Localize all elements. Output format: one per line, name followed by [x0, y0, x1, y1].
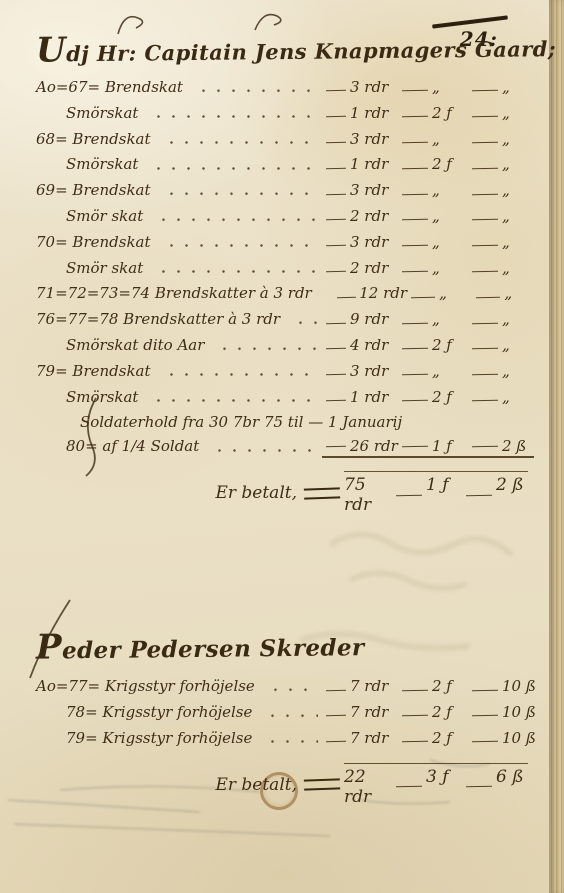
row-label: 70= Brendskat [36, 233, 156, 251]
dash-stroke [402, 90, 428, 92]
amount-ort: „ [432, 78, 468, 96]
dotted-leader [160, 187, 318, 201]
dash-stroke [396, 494, 422, 496]
amount-skilling: 10 ß [502, 729, 534, 747]
dotted-leader [152, 265, 318, 279]
amount-rigsdaler: 7 rdr [350, 729, 398, 747]
row-label: Smör skat [66, 207, 148, 225]
amount-rigsdaler: 3 rdr [350, 130, 398, 148]
amount-skilling: 6 ß [496, 767, 528, 787]
dash-stroke [472, 271, 498, 273]
dotted-leader [152, 213, 318, 227]
dash-stroke [402, 116, 428, 118]
dash-stroke [476, 297, 500, 299]
amount-skilling: „ [502, 104, 534, 122]
dash-stroke [326, 374, 346, 375]
section-peder-pedersen: Peder Pedersen Skreder Ao=77= Krigsstyr … [36, 625, 534, 806]
ledger-content: Udj Hr: Capitain Jens Knapmagers Gaard; … [36, 22, 534, 807]
amount-ort: 1 ƒ [432, 437, 468, 455]
ledger-row: 76=77=78 Brendskatter à 3 rdr 9 rdr „ „ [36, 310, 534, 336]
dash-stroke [326, 400, 346, 401]
dash-stroke [396, 786, 422, 788]
ledger-row: Smör skat 2 rdr „ „ [36, 207, 534, 233]
dotted-leader [147, 162, 318, 176]
dotted-leader [147, 110, 318, 124]
dash-stroke [472, 400, 498, 402]
total-row: Er betalt, 22 rdr 3 ƒ 6 ß [36, 763, 528, 807]
dash-stroke [402, 142, 428, 144]
amount-ort: 2 ƒ [432, 155, 468, 173]
amount-ort: „ [432, 130, 468, 148]
dash-stroke [472, 374, 498, 376]
amount-rigsdaler: 7 rdr [350, 677, 398, 695]
amount-rigsdaler: 9 rdr [350, 310, 398, 328]
amount-rigsdaler: 3 rdr [350, 181, 398, 199]
sum-underline-group: 26 rdr 1 ƒ 2 ß [322, 437, 534, 458]
dash-stroke [472, 689, 498, 691]
row-label: Smörskat [66, 155, 143, 173]
dotted-leader [261, 735, 318, 749]
ledger-row: 78= Krigsstyr forhöjelse 7 rdr 2 ƒ 10 ß [36, 703, 534, 729]
dash-stroke [402, 348, 428, 350]
total-amounts: 75 rdr 1 ƒ 2 ß [344, 471, 528, 515]
ledger-row: 71=72=73=74 Brendskatter à 3 rdr 12 rdr … [36, 284, 534, 310]
row-label: 79= Brendskat [36, 362, 156, 380]
amount-rigsdaler: 2 rdr [350, 259, 398, 277]
dash-stroke [472, 193, 498, 195]
dash-stroke [402, 715, 428, 717]
dash-stroke [326, 322, 346, 323]
dash-stroke [402, 219, 428, 221]
dotted-leader [321, 291, 329, 305]
dash-stroke [472, 348, 498, 350]
total-amounts: 22 rdr 3 ƒ 6 ß [344, 763, 528, 807]
dash-stroke [402, 400, 428, 402]
dotted-leader [208, 444, 318, 458]
amount-skilling: „ [502, 207, 534, 225]
dash-stroke [326, 446, 346, 447]
amount-skilling: „ [502, 155, 534, 173]
dash-stroke [402, 374, 428, 376]
amount-skilling: „ [502, 336, 534, 354]
dash-stroke [326, 689, 346, 690]
dash-stroke [472, 715, 498, 717]
dash-stroke [326, 142, 346, 143]
amount-skilling: „ [502, 388, 534, 406]
ledger-row: Ao=77= Krigsstyr forhöjelse 7 rdr 2 ƒ 10… [36, 677, 534, 703]
row-label: 68= Brendskat [36, 130, 156, 148]
amount-ort: 2 ƒ [432, 677, 468, 695]
dash-stroke [411, 297, 435, 299]
amount-rigsdaler: 1 rdr [350, 388, 398, 406]
dash-stroke [326, 168, 346, 169]
dash-stroke [402, 168, 428, 170]
dotted-leader [160, 239, 318, 253]
amount-skilling: „ [502, 310, 534, 328]
dash-stroke [326, 271, 346, 272]
amount-ort: 1 ƒ [426, 475, 462, 495]
amount-rigsdaler: 2 rdr [350, 207, 398, 225]
dash-stroke [466, 494, 492, 496]
dotted-leader [264, 683, 318, 697]
row-label: Smör skat [66, 259, 148, 277]
dash-stroke [472, 245, 498, 247]
dash-stroke [466, 786, 492, 788]
amount-ort: 2 ƒ [432, 729, 468, 747]
ledger-row: 68= Brendskat 3 rdr „ „ [36, 130, 534, 156]
equals-stroke [304, 487, 340, 499]
dash-stroke [326, 715, 346, 716]
row-label: 69= Brendskat [36, 181, 156, 199]
ledger-rows: Ao=77= Krigsstyr forhöjelse 7 rdr 2 ƒ 10… [36, 677, 534, 754]
amount-rigsdaler: 3 rdr [350, 233, 398, 251]
row-label: Smörskat [66, 388, 143, 406]
dash-stroke [337, 297, 356, 298]
ledger-row: Smörskat 1 rdr 2 ƒ „ [36, 155, 534, 181]
dash-stroke [402, 271, 428, 273]
dash-stroke [326, 741, 346, 742]
dash-stroke [472, 446, 498, 448]
amount-skilling: „ [502, 181, 534, 199]
amount-skilling: „ [502, 233, 534, 251]
dash-stroke [472, 90, 498, 92]
dash-stroke [472, 219, 498, 221]
ledger-row: Smörskat dito Aar 4 rdr 2 ƒ „ [36, 336, 534, 362]
amount-ort: „ [439, 284, 472, 302]
amount-skilling: 2 ß [496, 475, 528, 495]
dash-stroke [472, 116, 498, 118]
dash-stroke [402, 322, 428, 324]
blank-gap [36, 515, 534, 619]
dash-stroke [326, 116, 346, 117]
dash-stroke [402, 245, 428, 247]
row-label: Smörskat [66, 104, 143, 122]
ledger-row: Smörskat 1 rdr 2 ƒ „ [36, 104, 534, 130]
dash-stroke [472, 142, 498, 144]
amount-rigsdaler: 7 rdr [350, 703, 398, 721]
amount-rigsdaler: 12 rdr [359, 284, 407, 302]
amount-ort: 2 ƒ [432, 336, 468, 354]
amount-skilling: „ [502, 259, 534, 277]
dash-stroke [472, 168, 498, 170]
amount-rigsdaler: 1 rdr [350, 104, 398, 122]
equals-stroke [304, 778, 340, 790]
book-fore-edge [549, 0, 564, 893]
dotted-leader [160, 136, 318, 150]
amount-ort: „ [432, 233, 468, 251]
amount-rigsdaler: 1 rdr [350, 155, 398, 173]
total-row: Er betalt, 75 rdr 1 ƒ 2 ß [36, 471, 528, 515]
ledger-row: 79= Krigsstyr forhöjelse 7 rdr 2 ƒ 10 ß [36, 729, 534, 755]
amount-ort: „ [432, 181, 468, 199]
dotted-leader [160, 368, 318, 382]
dash-stroke [326, 245, 346, 246]
dash-stroke [472, 741, 498, 743]
dotted-leader [213, 342, 318, 356]
amount-ort: 2 ƒ [432, 703, 468, 721]
amount-ort: „ [432, 207, 468, 225]
dotted-leader [147, 394, 318, 408]
ledger-row: Smör skat 2 rdr „ „ [36, 259, 534, 285]
amount-rigsdaler: 3 rdr [350, 78, 398, 96]
dash-stroke [326, 90, 346, 91]
dash-stroke [402, 741, 428, 743]
soldaterhold-note: Soldaterhold fra 30 7br 75 til — 1 Janua… [36, 413, 534, 437]
row-label: 76=77=78 Brendskatter à 3 rdr [36, 310, 285, 328]
amount-rigsdaler: 3 rdr [350, 362, 398, 380]
amount-rigsdaler: 75 rdr [344, 475, 392, 515]
row-label: Ao=77= Krigsstyr forhöjelse [36, 677, 260, 695]
amount-rigsdaler: 26 rdr [350, 437, 398, 455]
section-title: Peder Pedersen Skreder [36, 623, 534, 668]
ledger-row: 70= Brendskat 3 rdr „ „ [36, 233, 534, 259]
row-label: 79= Krigsstyr forhöjelse [66, 729, 257, 747]
amount-skilling: 10 ß [502, 703, 534, 721]
ledger-row: 69= Brendskat 3 rdr „ „ [36, 181, 534, 207]
dash-stroke [326, 219, 346, 220]
amount-skilling: „ [504, 284, 534, 302]
ledger-row: Ao=67= Brendskat 3 rdr „ „ [36, 78, 534, 104]
dotted-leader [192, 84, 318, 98]
amount-skilling: „ [502, 362, 534, 380]
dash-stroke [402, 446, 428, 448]
dash-stroke [402, 689, 428, 691]
row-label: 78= Krigsstyr forhöjelse [66, 703, 257, 721]
amount-ort: „ [432, 259, 468, 277]
amount-skilling: „ [502, 130, 534, 148]
amount-skilling: 2 ß [502, 437, 534, 455]
amount-rigsdaler: 4 rdr [350, 336, 398, 354]
amount-ort: 2 ƒ [432, 388, 468, 406]
manuscript-page: 24: Udj Hr: Capitain Jens Knapmagers Gaa… [0, 0, 564, 893]
row-label: 71=72=73=74 Brendskatter à 3 rdr [36, 284, 317, 302]
ledger-row: 79= Brendskat 3 rdr „ „ [36, 362, 534, 388]
dash-stroke [402, 193, 428, 195]
amount-ort: „ [432, 310, 468, 328]
er-betalt-label: Er betalt, [215, 483, 297, 503]
er-betalt-label: Er betalt, [215, 775, 297, 795]
row-label: 80= af 1/4 Soldat [66, 437, 204, 455]
amount-skilling: „ [502, 78, 534, 96]
ledger-row: Smörskat 1 rdr 2 ƒ „ [36, 388, 534, 414]
amount-skilling: 10 ß [502, 677, 534, 695]
section-captain-knapmager: Udj Hr: Capitain Jens Knapmagers Gaard; … [36, 28, 534, 515]
dash-stroke [472, 322, 498, 324]
ledger-rows: Ao=67= Brendskat 3 rdr „ „ Smörskat [36, 78, 534, 413]
amount-ort: „ [432, 362, 468, 380]
amount-ort: 3 ƒ [426, 767, 462, 787]
row-label: Ao=67= Brendskat [36, 78, 188, 96]
dash-stroke [326, 193, 346, 194]
amount-ort: 2 ƒ [432, 104, 468, 122]
dotted-leader [261, 709, 318, 723]
section-title: Udj Hr: Capitain Jens Knapmagers Gaard; [36, 25, 534, 70]
amount-rigsdaler: 22 rdr [344, 767, 392, 807]
dotted-leader [289, 316, 318, 330]
dash-stroke [326, 348, 346, 349]
soldaterhold-row: 80= af 1/4 Soldat 26 rdr 1 ƒ 2 ß [36, 437, 534, 463]
row-label: Smörskat dito Aar [66, 336, 209, 354]
